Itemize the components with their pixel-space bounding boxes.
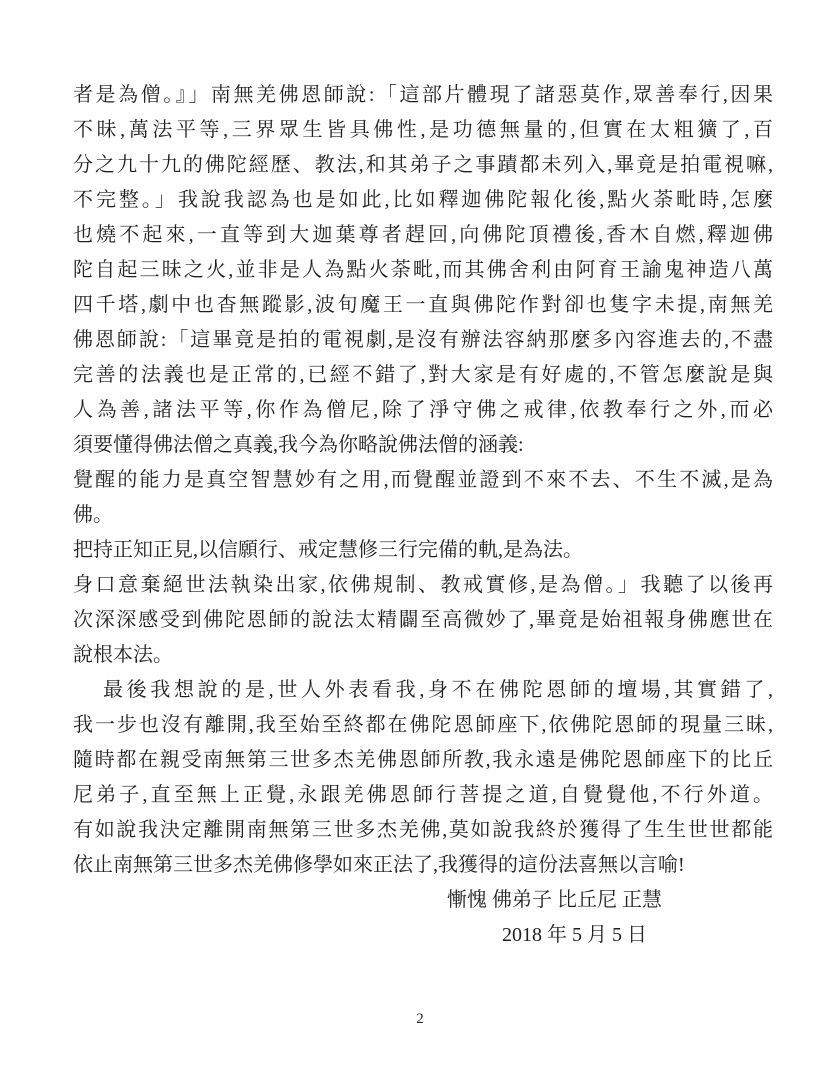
date-line: 2018 年 5 月 5 日 (73, 918, 773, 953)
text-line: 尼弟子,直至無上正覺,永跟羌佛恩師行菩提之道,自覺覺他,不行外道。 (73, 778, 773, 813)
text-line: 須要懂得佛法僧之真義,我今為你略說佛法僧的涵義: (73, 428, 773, 463)
text-line: 分之九十九的佛陀經歷、教法,和其弟子之事蹟都未列入,畢竟是拍電視嘛, (73, 148, 773, 183)
text-line: 說根本法。 (73, 638, 773, 673)
text-line: 次深深感受到佛陀恩師的說法太精闢至高微妙了,畢竟是始祖報身佛應世在 (73, 603, 773, 638)
text-line: 隨時都在親受南無第三世多杰羌佛恩師所教,我永遠是佛陀恩師座下的比丘 (73, 743, 773, 778)
text-line: 陀自起三昧之火,並非是人為點火荼毗,而其佛舍利由阿育王諭鬼神造八萬 (73, 253, 773, 288)
document-body: 者是為僧。』」南無羌佛恩師說:「這部片體現了諸惡莫作,眾善奉行,因果 不昧,萬法… (73, 78, 773, 953)
text-line: 人為善,諸法平等,你作為僧尼,除了淨守佛之戒律,依教奉行之外,而必 (73, 393, 773, 428)
text-line: 也燒不起來,一直等到大迦葉尊者趕回,向佛陀頂禮後,香木自燃,釋迦佛 (73, 218, 773, 253)
text-line: 四千塔,劇中也杳無蹤影,波旬魔王一直與佛陀作對卻也隻字未提,南無羌 (73, 288, 773, 323)
text-line: 我一步也沒有離開,我至始至終都在佛陀恩師座下,依佛陀恩師的現量三昧, (73, 708, 773, 743)
text-line: 依止南無第三世多杰羌佛修學如來正法了,我獲得的這份法喜無以言喻! (73, 848, 773, 883)
text-line: 不完整。」我說我認為也是如此,比如釋迦佛陀報化後,點火荼毗時,怎麼 (73, 183, 773, 218)
text-line: 把持正知正見,以信願行、戒定慧修三行完備的軌,是為法。 (73, 533, 773, 568)
text-line: 最後我想說的是,世人外表看我,身不在佛陀恩師的壇場,其實錯了, (73, 673, 773, 708)
text-line: 佛恩師說:「這畢竟是拍的電視劇,是沒有辦法容納那麼多內容進去的,不盡 (73, 323, 773, 358)
text-line: 身口意棄絕世法執染出家,依佛規制、教戒實修,是為僧。」我聽了以後再 (73, 568, 773, 603)
text-line: 完善的法義也是正常的,已經不錯了,對大家是有好處的,不管怎麼說是與 (73, 358, 773, 393)
document-page: 者是為僧。』」南無羌佛恩師說:「這部片體現了諸惡莫作,眾善奉行,因果 不昧,萬法… (0, 0, 840, 1077)
text-line: 覺醒的能力是真空智慧妙有之用,而覺醒並證到不來不去、不生不滅,是為 (73, 463, 773, 498)
signature-line: 慚愧 佛弟子 比丘尼 正慧 (73, 883, 773, 918)
text-line: 佛。 (73, 498, 773, 533)
text-line: 有如說我決定離開南無第三世多杰羌佛,莫如說我終於獲得了生生世世都能 (73, 813, 773, 848)
page-number: 2 (0, 1008, 840, 1030)
text-line: 不昧,萬法平等,三界眾生皆具佛性,是功德無量的,但實在太粗獷了,百 (73, 113, 773, 148)
text-line: 者是為僧。』」南無羌佛恩師說:「這部片體現了諸惡莫作,眾善奉行,因果 (73, 78, 773, 113)
